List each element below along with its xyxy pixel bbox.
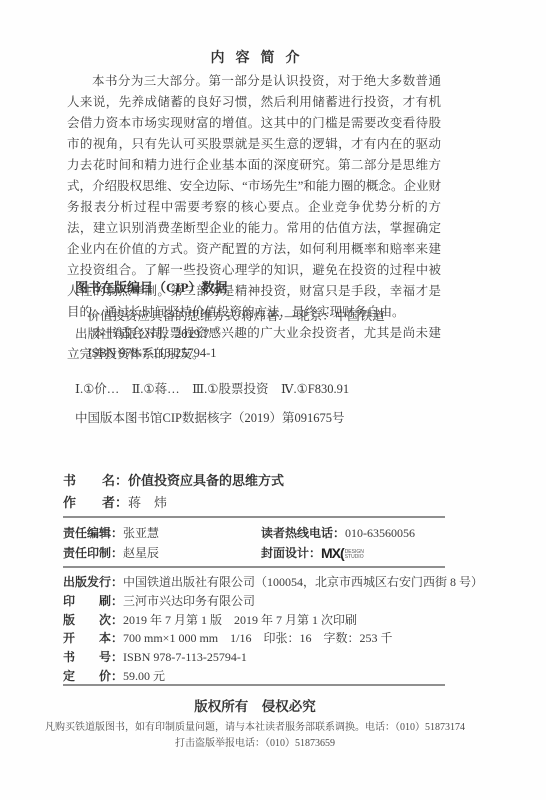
publisher-label: 出版发行： xyxy=(63,573,123,592)
divider-bottom xyxy=(63,684,445,686)
credits-section: 责任编辑： 张亚慧 读者热线电话： 010-63560056 责任印制： 赵星辰… xyxy=(63,524,447,564)
cip-heading: 图书在版编目（CIP）数据 xyxy=(75,277,227,296)
anti-piracy-note: 打击盗版举报电话：（010）51873659 xyxy=(23,734,487,749)
edition-label: 版 次： xyxy=(63,611,123,630)
book-author-label: 作 者： xyxy=(63,492,128,514)
cip-record-block: 价值投资应具备的思维方式/蒋炜著. —北京：中国铁道 出版社有限公司，2019.… xyxy=(75,308,447,363)
format-value: 700 mm×1 000 mm 1/16 印张：16 字数：253 千 xyxy=(123,629,392,648)
publication-section: 出版发行： 中国铁道出版社有限公司（100054，北京市西城区右安门西街 8 号… xyxy=(63,573,447,686)
divider-top xyxy=(63,516,445,518)
divider-middle xyxy=(63,566,445,568)
printing-house-label: 印 刷： xyxy=(63,592,123,611)
price-row: 定 价： 59.00 元 xyxy=(63,667,447,686)
page-content: 内容简介 本书分为三大部分。第一部分是认识投资，对于绝大多数普通人来说，先养成储… xyxy=(63,0,447,800)
copyright-page: 内容简介 本书分为三大部分。第一部分是认识投资，对于绝大多数普通人来说，先养成储… xyxy=(0,0,546,800)
print-supervisor-row: 责任印制： 赵星辰 xyxy=(63,544,261,563)
cip-record-number: 中国版本图书馆CIP数据核字（2019）第091675号 xyxy=(75,408,344,426)
design-studio-logo-caption: DESIGN STUDIO xyxy=(345,550,364,560)
printing-house-value: 三河市兴达印务有限公司 xyxy=(123,592,255,611)
format-row: 开 本： 700 mm×1 000 mm 1/16 印张：16 字数：253 千 xyxy=(63,629,447,648)
book-title-row: 书 名： 价值投资应具备的思维方式 xyxy=(63,470,447,492)
book-title-value: 价值投资应具备的思维方式 xyxy=(128,470,284,492)
book-info-table: 书 名： 价值投资应具备的思维方式 作 者： 蒋 炜 xyxy=(63,470,447,514)
content-summary-title: 内容简介 xyxy=(63,47,447,67)
copyright-notice: 版权所有 侵权必究 xyxy=(63,695,447,715)
hotline-value: 010-63560056 xyxy=(345,524,415,543)
print-supervisor-label: 责任印制： xyxy=(63,544,123,563)
book-title-label: 书 名： xyxy=(63,470,128,492)
isbn-value: ISBN 978-7-113-25794-1 xyxy=(123,648,247,667)
hotline-label: 读者热线电话： xyxy=(261,524,345,543)
printing-house-row: 印 刷： 三河市兴达印务有限公司 xyxy=(63,592,447,611)
editor-row: 责任编辑： 张亚慧 xyxy=(63,524,261,543)
design-studio-logo: MX( DESIGN STUDIO xyxy=(321,544,364,563)
cip-publisher-line: 出版社有限公司，2019.7 xyxy=(75,326,447,344)
price-value: 59.00 元 xyxy=(123,667,165,686)
isbn-label: 书 号： xyxy=(63,648,123,667)
publisher-value: 中国铁道出版社有限公司（100054，北京市西城区右安门西街 8 号） xyxy=(123,573,483,592)
publisher-row: 出版发行： 中国铁道出版社有限公司（100054，北京市西城区右安门西街 8 号… xyxy=(63,573,447,592)
cip-isbn-line: ISBN 978-7-113-25794-1 xyxy=(75,345,447,363)
hotline-row: 读者热线电话： 010-63560056 xyxy=(261,524,447,543)
edition-value: 2019 年 7 月第 1 版 2019 年 7 月第 1 次印刷 xyxy=(123,611,357,630)
price-label: 定 价： xyxy=(63,667,123,686)
cover-design-label: 封面设计： xyxy=(261,544,321,563)
cip-title-line: 价值投资应具备的思维方式/蒋炜著. —北京：中国铁道 xyxy=(75,308,447,326)
format-label: 开 本： xyxy=(63,629,123,648)
book-author-value: 蒋 炜 xyxy=(128,492,167,514)
print-supervisor-value: 赵星辰 xyxy=(123,544,159,563)
credits-grid: 责任编辑： 张亚慧 读者热线电话： 010-63560056 责任印制： 赵星辰… xyxy=(63,524,447,564)
logo-caption-line-2: STUDIO xyxy=(345,555,364,560)
edition-row: 版 次： 2019 年 7 月第 1 版 2019 年 7 月第 1 次印刷 xyxy=(63,611,447,630)
cip-classification-line: Ⅰ.①价… Ⅱ.①蒋… Ⅲ.①股票投资 Ⅳ.①F830.91 xyxy=(75,379,349,397)
editor-value: 张亚慧 xyxy=(123,524,159,543)
design-studio-logo-mark: MX( xyxy=(321,544,344,563)
isbn-row: 书 号： ISBN 978-7-113-25794-1 xyxy=(63,648,447,667)
editor-label: 责任编辑： xyxy=(63,524,123,543)
cover-design-row: 封面设计： MX( DESIGN STUDIO xyxy=(261,544,447,563)
book-author-row: 作 者： 蒋 炜 xyxy=(63,492,447,514)
quality-service-note: 凡购买铁道版图书，如有印制质量问题，请与本社读者服务部联系调换。电话：（010）… xyxy=(23,718,487,733)
